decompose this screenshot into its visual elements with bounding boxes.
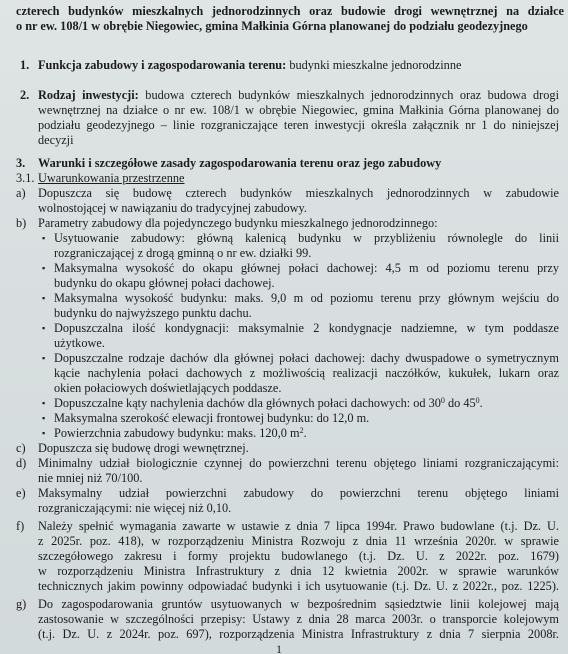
- bullet-icon: ▪: [42, 291, 45, 306]
- item-f-line-2: z 2025r. poz. 418), w rozporządzeniu Min…: [38, 534, 559, 549]
- bullet-7-line-1: Maksymalna szerokość elewacji frontowej …: [54, 411, 369, 426]
- item-c-line-1: Dopuszcza się budowę drogi wewnętrznej.: [38, 441, 249, 456]
- item-g-line-3: (t.j. Dz. U. z 2024r. poz. 697), rozporz…: [38, 627, 559, 642]
- bullet-2-line-2: budynku do okapu głównej połaci dachowej…: [54, 276, 275, 291]
- bullet-1-line-1: Usytuowanie zabudowy: główną kalenicą bu…: [54, 231, 559, 246]
- bullet-3-line-2: budynku do najwyższego punktu dachu.: [54, 306, 252, 321]
- item-g-line-2: zastosowanie w szczególności przepisy: U…: [38, 612, 559, 627]
- bullet-3-line-1: Maksymalna wysokość budynku: maks. 9,0 m…: [54, 291, 559, 306]
- bullet-1-line-2: rozgraniczającej z drogą gminną o nr ew.…: [54, 246, 311, 261]
- section-3-number: 3.: [16, 156, 25, 171]
- item-b-line-1: Parametry zabudowy dla pojedynczego budy…: [38, 216, 438, 231]
- bullet-icon: ▪: [42, 426, 45, 441]
- bullet-2-line-1: Maksymalna wysokość do okapu głównej poł…: [54, 261, 559, 276]
- section-2-label: Rodzaj inwestycji:: [38, 88, 139, 102]
- item-e-marker: e): [16, 486, 26, 501]
- section-1-number: 1.: [20, 58, 29, 73]
- bullet-5-line-2: kącie nachylenia połaci dachowych z możl…: [54, 366, 559, 381]
- page-number: 1: [276, 642, 282, 654]
- item-g-line-1: Do zagospodarowania gruntów usytuowanych…: [38, 597, 559, 612]
- bullet-icon: ▪: [42, 396, 45, 411]
- header-line-2: o nr ew. 108/1 w obrębie Niegowiec, gmin…: [16, 19, 528, 34]
- item-f-line-4: w rozporządzeniu Ministra Infrastruktury…: [38, 564, 559, 579]
- section-2-line-4: decyzji: [38, 133, 74, 148]
- section-2-line-3: podziału geodezyjnego – linie rozgranicz…: [38, 118, 559, 133]
- bullet-5-line-3: okien połaciowych doświetlających poddas…: [54, 381, 281, 396]
- bullet-6-line-1: Dopuszczalne kąty nachylenia dachów dla …: [54, 396, 483, 411]
- item-f-marker: f): [16, 519, 24, 534]
- bullet-4-line-1: Dopuszczalna ilość kondygnacji: maksymal…: [54, 321, 559, 336]
- bullet-icon: ▪: [42, 231, 45, 246]
- item-b-marker: b): [16, 216, 26, 231]
- item-f-line-1: Należy spełnić wymagania zawarte w ustaw…: [38, 519, 559, 534]
- item-a-line-2: wolnostojącej w nawiązaniu do tradycyjne…: [38, 201, 307, 216]
- section-3-title: Warunki i szczegółowe zasady zagospodaro…: [38, 156, 441, 171]
- subsection-3-1-number: 3.1.: [16, 171, 34, 186]
- item-a-line-1: Dopuszcza się budowę czterech budynków m…: [38, 186, 559, 201]
- section-2-line-2: wewnętrznej na działce o nr ew. 108/1 w …: [38, 103, 559, 118]
- item-c-marker: c): [16, 441, 26, 456]
- item-d-line-1: Minimalny udział biologicznie czynnej do…: [38, 456, 559, 471]
- bullet-5-line-1: Dopuszczalne rodzaje dachów dla głównej …: [54, 351, 559, 366]
- header-line-1: czterech budynków mieszkalnych jednorodz…: [16, 4, 564, 19]
- section-1-text: budynki mieszkalne jednorodzinne: [286, 58, 461, 72]
- item-d-line-2: nie mniej niż 70/100.: [38, 471, 143, 486]
- item-f-line-3: szczegółowego zakresu i formy projektu b…: [38, 549, 559, 564]
- section-1-label: Funkcja zabudowy i zagospodarowania tere…: [38, 58, 286, 72]
- bullet-icon: ▪: [42, 351, 45, 366]
- item-e-line-1: Maksymalny udział powierzchni zabudowy d…: [38, 486, 559, 501]
- item-e-line-2: rozgraniczającymi: nie więcej niż 0,10.: [38, 501, 231, 516]
- subsection-3-1-title: Uwarunkowania przestrzenne: [38, 171, 184, 186]
- document-page: czterech budynków mieszkalnych jednorodz…: [0, 0, 568, 654]
- bullet-8-line-1: Powierzchnia zabudowy budynku: maks. 120…: [54, 426, 307, 441]
- bullet-icon: ▪: [42, 261, 45, 276]
- section-1: Funkcja zabudowy i zagospodarowania tere…: [38, 58, 461, 73]
- item-d-marker: d): [16, 456, 26, 471]
- item-g-marker: g): [16, 597, 26, 612]
- item-a-marker: a): [16, 186, 26, 201]
- bullet-icon: ▪: [42, 321, 45, 336]
- section-2-number: 2.: [20, 88, 29, 103]
- bullet-icon: ▪: [42, 411, 45, 426]
- section-2-line-1: Rodzaj inwestycji: budowa czterech budyn…: [38, 88, 559, 103]
- bullet-4-line-2: użytkowe.: [54, 336, 105, 351]
- item-f-line-5: technicznych jakim powinny odpowiadać bu…: [38, 579, 559, 594]
